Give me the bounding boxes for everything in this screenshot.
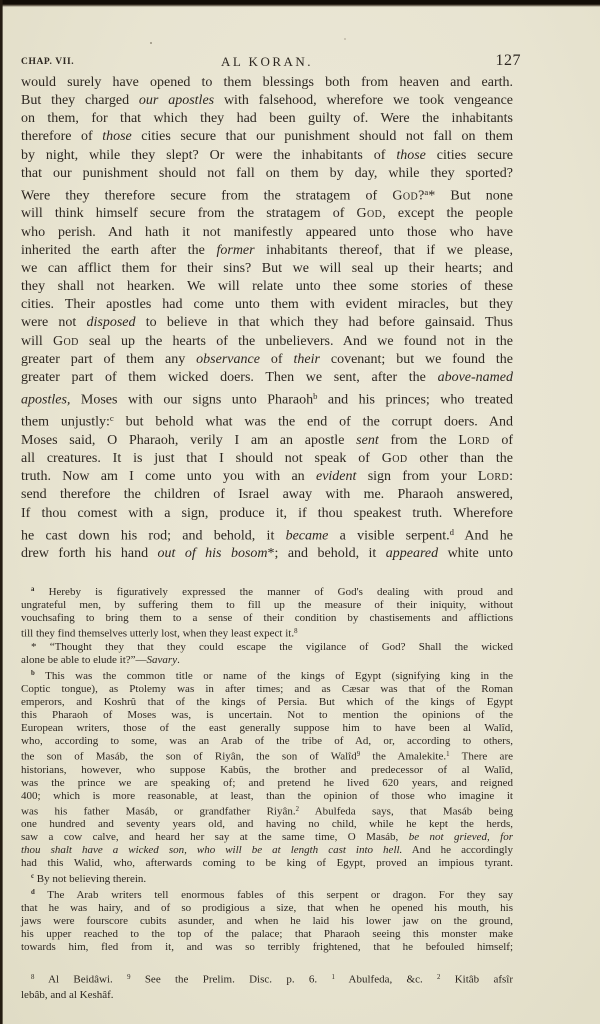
text-run: this Pharaoh of Moses was, is uncertain.… <box>21 709 513 721</box>
text-run: all creatures. It is just that I should … <box>21 451 382 466</box>
text-run: send therefore the children of Israel aw… <box>21 487 513 502</box>
text-line: the son of Masáb, the son of Riyân, the … <box>21 748 513 763</box>
text-run: Moses said, O Pharaoh, verily I am an ap… <box>21 433 356 448</box>
text-line: all creatures. It is just that I should … <box>21 450 513 468</box>
page-number: 127 <box>496 52 522 70</box>
text-line: inherited the earth after the former inh… <box>21 242 513 260</box>
text-line: Coptic tongue), as Ptolemy was in after … <box>21 683 513 696</box>
running-header: CHAP. VII. AL KORAN. 127 <box>21 52 513 69</box>
text-run: God <box>356 206 382 221</box>
text-line: Were they therefore secure from the stra… <box>21 183 513 205</box>
text-run: appeared <box>386 546 438 561</box>
text-run: was the prince we are speaking of; and p… <box>21 777 513 789</box>
text-line: they shall not hearken. We will relate u… <box>21 278 513 296</box>
text-line: that our punishment should not fall on t… <box>21 165 513 183</box>
text-run: See the Prelim. Disc. p. 6. <box>131 974 332 986</box>
text-line: was his father Masáb, or grandfather Riy… <box>21 803 513 818</box>
text-run: would surely have opened to them blessin… <box>21 75 513 90</box>
text-run: became <box>286 528 329 543</box>
text-line: * “Thought they that they could escape t… <box>21 641 513 654</box>
text-line: who, according to some, was an Arab of t… <box>21 735 513 748</box>
text-run: they shall not hearken. We will relate u… <box>21 279 513 294</box>
text-line: will think himself secure from the strat… <box>21 205 513 223</box>
text-run: historians, however, who suppose Kabûs, … <box>21 764 513 776</box>
text-run: cities secure <box>426 148 513 163</box>
text-run: *; and behold, it <box>268 546 386 561</box>
text-run: and his princes; who treated <box>317 392 513 407</box>
text-line: a Hereby is figuratively expressed the m… <box>21 583 513 599</box>
text-line: greater part of them any observance of t… <box>21 351 513 369</box>
page-content: CHAP. VII. AL KORAN. 127 would surely ha… <box>21 52 513 1003</box>
text-run: on them, for that which they had been gu… <box>21 111 513 126</box>
text-run: apostles, <box>21 392 70 407</box>
text-run: be not grieved, for <box>409 831 513 843</box>
text-run: 400; which is more reasonable, at least,… <box>21 790 513 802</box>
text-run: saw a cow calve, and heard her say at th… <box>21 831 409 843</box>
text-line: them unjustly:c but behold what was the … <box>21 409 513 431</box>
text-run: that our punishment should not fall on t… <box>21 166 513 181</box>
text-line: b This was the common title or name of t… <box>21 667 513 683</box>
text-run: God <box>392 188 418 203</box>
book-page: CHAP. VII. AL KORAN. 127 would surely ha… <box>0 0 600 1024</box>
text-line: apostles, Moses with our signs unto Phar… <box>21 387 513 409</box>
text-run: out of his bosom <box>158 546 268 561</box>
text-line: alone be able to elude it?”—Savary. <box>21 654 513 667</box>
text-line: had this Walid, who, afterwards coming t… <box>21 857 513 870</box>
text-run: God <box>382 451 408 466</box>
text-run: And he accordingly <box>402 844 513 856</box>
text-run: This was the common title or name of the… <box>35 670 513 682</box>
text-line: ungrateful men, by suffering them to fil… <box>21 599 513 612</box>
text-run: our apostles <box>139 93 214 108</box>
text-run: sign from your <box>356 469 477 484</box>
text-run: sent <box>356 433 379 448</box>
text-run: By not believing therein. <box>34 873 146 885</box>
text-line: was the prince we are speaking of; and p… <box>21 777 513 790</box>
text-line: that he was hairy, and of so prodigious … <box>21 902 513 915</box>
text-line: d The Arab writers tell enormous fables … <box>21 886 513 902</box>
text-line: 400; which is more reasonable, at least,… <box>21 790 513 803</box>
text-run: Al Beidâwi. <box>34 974 127 986</box>
text-run: who perish. And hath it not manifestly a… <box>21 225 513 240</box>
text-line: till they find themselves utterly lost, … <box>21 625 513 640</box>
text-run: were not <box>21 315 87 330</box>
text-run: European writers, those of the east gene… <box>21 722 513 734</box>
references-section: 8 Al Beidâwi. 9 See the Prelim. Disc. p.… <box>21 970 513 1003</box>
text-line: his upper reached to the top of the pala… <box>21 928 513 941</box>
text-run: drew forth his hand <box>21 546 158 561</box>
footnotes-section: a Hereby is figuratively expressed the m… <box>21 583 513 954</box>
text-run: cities. Their apostles had come unto the… <box>21 297 513 312</box>
text-line: Moses said, O Pharaoh, verily I am an ap… <box>21 432 513 450</box>
scan-speck <box>150 42 152 44</box>
text-run: Abulfeda, &c. <box>335 974 437 986</box>
text-run: alone be able to elude it?”— <box>21 654 147 666</box>
text-line: on them, for that which they had been gu… <box>21 110 513 128</box>
text-line: cities. Their apostles had come unto the… <box>21 296 513 314</box>
text-run: Kitâb afsîr <box>440 974 513 986</box>
text-run: will <box>21 334 53 349</box>
text-run: seal up the hearts of the unbelievers. A… <box>79 334 513 349</box>
text-run: Coptic tongue), as Ptolemy was in after … <box>21 683 513 695</box>
text-run: we can afflict them for their sins? But … <box>21 261 513 276</box>
text-run: . <box>177 654 180 666</box>
book-title: AL KORAN. <box>21 54 513 70</box>
text-line: send therefore the children of Israel aw… <box>21 486 513 504</box>
text-line: will God seal up the hearts of the unbel… <box>21 333 513 351</box>
text-line: c By not believing therein. <box>21 870 513 886</box>
text-run: Abulfeda says, that Masáb being <box>299 805 513 817</box>
text-line: would surely have opened to them blessin… <box>21 74 513 92</box>
text-run: And he <box>454 528 513 543</box>
text-run: inherited the earth after the <box>21 243 216 258</box>
text-run: There are <box>450 750 513 762</box>
text-run: jaws were fourscore cubits asunder, and … <box>21 915 513 927</box>
text-run: God <box>53 334 79 349</box>
text-run: of <box>260 352 294 367</box>
text-run: Lord <box>458 433 489 448</box>
text-run: the son of Masáb, the son of Riyân, the … <box>21 750 357 762</box>
text-line: were not disposed to believe in that whi… <box>21 314 513 332</box>
text-run: above-named <box>438 370 513 385</box>
text-line: by night, while they slept? Or were the … <box>21 147 513 165</box>
text-run: his upper reached to the top of the pala… <box>21 928 513 940</box>
text-run: greater part of them wicked doers. Then … <box>21 370 438 385</box>
text-line: we can afflict them for their sins? But … <box>21 260 513 278</box>
body-text: would surely have opened to them blessin… <box>21 74 513 563</box>
text-run: from the <box>379 433 459 448</box>
text-run: Hereby is figuratively expressed the man… <box>34 586 513 598</box>
text-line: historians, however, who suppose Kabûs, … <box>21 764 513 777</box>
text-run: thou shalt have a wicked son, who will b… <box>21 844 402 856</box>
text-run: covenant; but we found the <box>320 352 513 367</box>
text-line: towards him, fled from it, and was so te… <box>21 941 513 954</box>
text-line: jaws were fourscore cubits asunder, and … <box>21 915 513 928</box>
text-line: therefore of those cities secure that ou… <box>21 128 513 146</box>
text-run: cities secure that our punishment should… <box>132 129 513 144</box>
text-run: , except the people <box>382 206 513 221</box>
text-line: emperors, and Koshrû that of the kings o… <box>21 696 513 709</box>
footnote-marker: 8 <box>294 628 297 635</box>
text-line: thou shalt have a wicked son, who will b… <box>21 844 513 857</box>
text-run: greater part of them any <box>21 352 196 367</box>
text-run: to believe in that which they had before… <box>136 315 513 330</box>
text-run: other than the <box>408 451 513 466</box>
text-line: greater part of them wicked doers. Then … <box>21 369 513 387</box>
text-run: therefore of <box>21 129 102 144</box>
text-run: but behold what was the end of the corru… <box>114 415 513 430</box>
text-run: white unto <box>438 546 513 561</box>
text-run: Moses with our signs unto Pharaoh <box>70 392 313 407</box>
text-run: Savary <box>147 654 178 666</box>
text-run: former <box>216 243 254 258</box>
text-run: ungrateful men, by suffering them to fil… <box>21 599 513 611</box>
text-run: observance <box>196 352 260 367</box>
text-line: this Pharaoh of Moses was, is uncertain.… <box>21 709 513 722</box>
text-run: evident <box>316 469 356 484</box>
text-line: he cast down his rod; and behold, it bec… <box>21 523 513 545</box>
text-run: The Arab writers tell enormous fables of… <box>35 889 513 901</box>
text-run: truth. Now am I come unto you with an <box>21 469 316 484</box>
text-run: will think himself secure from the strat… <box>21 206 356 221</box>
text-run: those <box>396 148 426 163</box>
text-run: he cast down his rod; and behold, it <box>21 528 286 543</box>
text-run: those <box>102 129 132 144</box>
scan-speck <box>344 38 346 40</box>
text-line: vouchsafing to bring them to a sense of … <box>21 612 513 625</box>
text-line: saw a cow calve, and heard her say at th… <box>21 831 513 844</box>
text-run: who, according to some, was an Arab of t… <box>21 735 513 747</box>
text-line: But they charged our apostles with false… <box>21 92 513 110</box>
text-line: drew forth his hand out of his bosom*; a… <box>21 545 513 563</box>
text-run: was his father Masáb, or grandfather Riy… <box>21 805 296 817</box>
text-run: a visible serpent. <box>328 528 449 543</box>
text-line: truth. Now am I come unto you with an ev… <box>21 468 513 486</box>
text-run: : <box>509 469 513 484</box>
text-line: If thou comest with a sign, produce it, … <box>21 505 513 523</box>
text-line: one hundred and seventy years old, and h… <box>21 818 513 831</box>
text-run: But they charged <box>21 93 139 108</box>
text-run: lebâb, and al Keshâf. <box>21 989 114 1001</box>
text-run: by night, while they slept? Or were the … <box>21 148 396 163</box>
text-run: Were they therefore secure from the stra… <box>21 188 392 203</box>
text-run: disposed <box>87 315 136 330</box>
text-run: one hundred and seventy years old, and h… <box>21 818 513 830</box>
text-line: who perish. And hath it not manifestly a… <box>21 224 513 242</box>
text-run: Lord <box>478 469 509 484</box>
text-run: inhabitants thereof, that if we please, <box>255 243 513 258</box>
text-run: that he was hairy, and of so prodigious … <box>21 902 513 914</box>
text-run: vouchsafing to bring them to a sense of … <box>21 612 513 624</box>
scan-edge-top <box>0 0 600 7</box>
text-run: the Amalekite. <box>360 750 446 762</box>
text-run: emperors, and Koshrû that of the kings o… <box>21 696 513 708</box>
text-run: * “Thought they that they could escape t… <box>31 641 513 653</box>
text-run: of <box>490 433 513 448</box>
text-run: * But none <box>428 188 513 203</box>
text-run: If thou comest with a sign, produce it, … <box>21 506 513 521</box>
text-run: towards him, fled from it, and was so te… <box>21 941 513 953</box>
text-run: with falsehood, wherefore we took vengea… <box>214 93 513 108</box>
text-line: 8 Al Beidâwi. 9 See the Prelim. Disc. p.… <box>21 970 513 988</box>
text-line: European writers, those of the east gene… <box>21 722 513 735</box>
text-line: lebâb, and al Keshâf. <box>21 988 513 1003</box>
scan-edge-left <box>0 0 3 1024</box>
text-run: till they find themselves utterly lost, … <box>21 628 294 640</box>
text-run: them unjustly: <box>21 415 110 430</box>
text-run: had this Walid, who, afterwards coming t… <box>21 857 513 869</box>
text-run: their <box>293 352 319 367</box>
